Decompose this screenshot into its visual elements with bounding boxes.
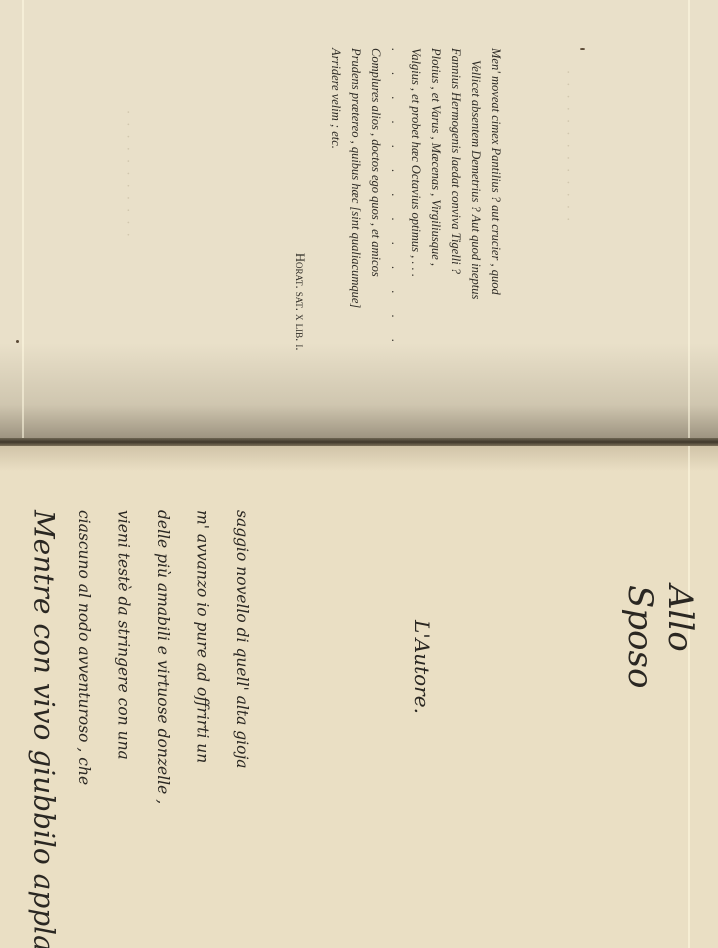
- epigraph-line: Men' moveat cimex Pantilius ? aut crucie…: [486, 48, 506, 378]
- epigraph: Men' moveat cimex Pantilius ? aut crucie…: [290, 48, 506, 378]
- paper-edge-line: [22, 0, 24, 440]
- dedication-body: saggio novello di quell' alta gioja m' a…: [24, 510, 261, 910]
- epigraph-line: Plotius , et Varus , Mæcenas , Virgilius…: [426, 48, 446, 378]
- epigraph-attribution: Horat. sat. x lib. i.: [290, 48, 310, 378]
- epigraph-line: Vellicet absentem Demetrius ? Aut quod i…: [466, 48, 486, 378]
- body-line: m' avvanzo io pure ad offrirti un: [182, 510, 222, 910]
- ink-spot: [16, 340, 19, 343]
- epigraph-line: Fannius Hermogenis laedat conviva Tigell…: [446, 48, 466, 378]
- body-line: ciascuno al nodo avventuroso , che: [64, 510, 104, 910]
- page-title: Allo Sposo: [620, 585, 700, 755]
- epigraph-line: Arridere velim ; etc.: [326, 48, 346, 378]
- page-subtitle: L'Autore.: [410, 620, 434, 714]
- epigraph-line: Prudens prætereo , quibus hæc [sint qual…: [346, 48, 366, 378]
- epigraph-line: Complures alios , doctos ego quos , et a…: [366, 48, 386, 378]
- body-line: vieni testè da stringere con una: [103, 510, 143, 910]
- bleed-through-text: · · · · · · · · · · · · ·: [560, 70, 575, 320]
- epigraph-ellipsis-line: . . . . . . . . . . . . .: [386, 48, 406, 378]
- body-line: saggio novello di quell' alta gioja: [222, 510, 262, 910]
- epigraph-line: Valgius , et probet hæc Octavius optimus…: [406, 48, 426, 378]
- body-line: delle più amabili e virtuose donzelle ,: [143, 510, 183, 910]
- body-line-first: Mentre con vivo giubbilo applaude: [24, 510, 64, 910]
- ink-spot: [580, 48, 585, 50]
- bleed-through-text: · · · · · · · · · · ·: [120, 110, 135, 290]
- paper-edge-line: [688, 0, 690, 440]
